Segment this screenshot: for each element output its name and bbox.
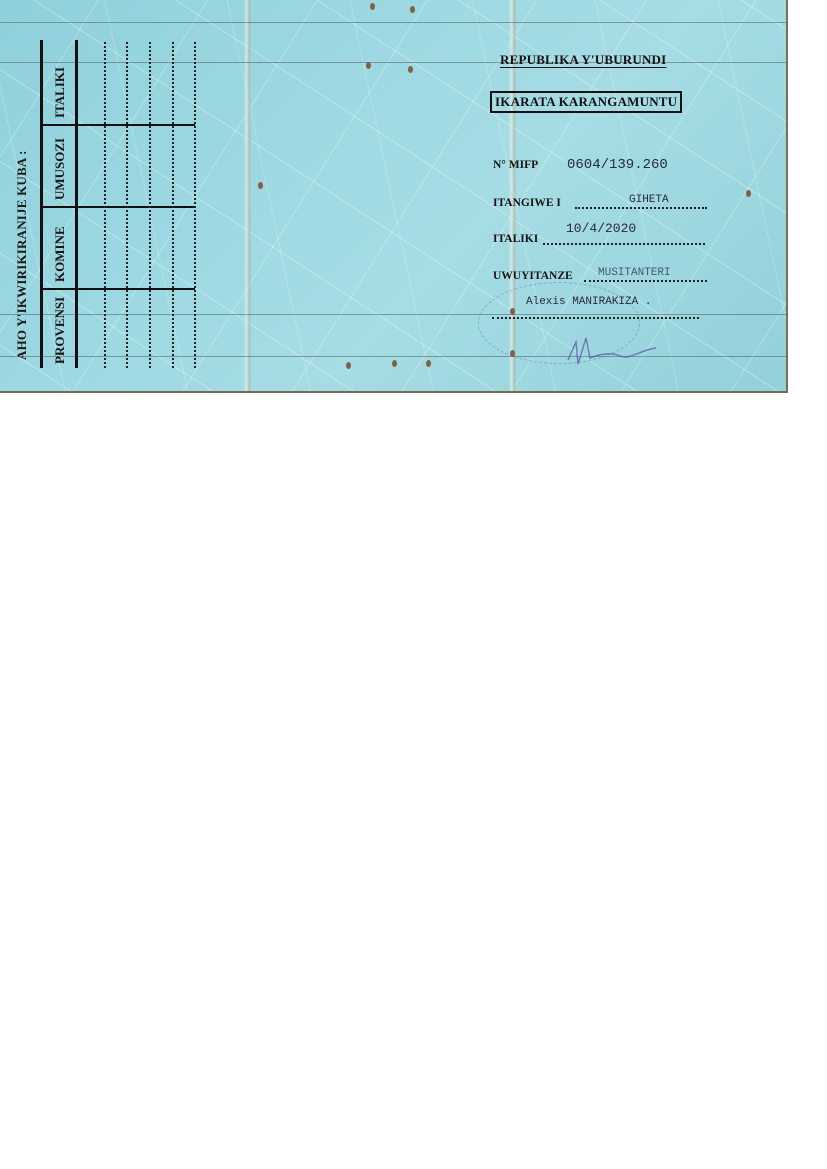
itangiwe-value: GIHETA — [629, 194, 669, 206]
rust-spot — [426, 360, 431, 367]
dotted-entry-line — [172, 42, 174, 368]
id-card: AHO Y'IKWIRIKIRANIJE KUBA : PROVENSI KOM… — [0, 0, 788, 393]
column-header-provensi: PROVENSI — [52, 297, 68, 364]
dotted-line — [584, 280, 707, 282]
rust-spot — [258, 182, 263, 189]
itangiwe-label: ITANGIWE I — [493, 197, 561, 209]
country-heading: REPUBLIKA Y'UBURUNDI — [500, 52, 666, 68]
column-header-italiki: ITALIKI — [52, 67, 68, 118]
rust-spot — [410, 6, 415, 13]
italiki-value: 10/4/2020 — [566, 221, 636, 236]
rust-spot — [392, 360, 397, 367]
italiki-label: ITALIKI — [493, 233, 538, 245]
mifp-value: 0604/139.260 — [567, 157, 668, 173]
horizontal-fold-line — [0, 22, 786, 23]
uwuyitanze-label: UWUYITANZE — [493, 270, 573, 282]
rust-spot — [370, 3, 375, 10]
rust-spot — [746, 190, 751, 197]
left-panel-title: AHO Y'IKWIRIKIRANIJE KUBA : — [14, 150, 30, 360]
column-header-umusozi: UMUSOZI — [52, 138, 68, 200]
dotted-entry-line — [194, 42, 196, 368]
dotted-line — [575, 207, 707, 209]
table-border-line — [40, 40, 43, 368]
column-header-komine: KOMINE — [52, 226, 68, 282]
table-border-line — [75, 40, 78, 368]
signature — [560, 330, 670, 370]
rust-spot — [408, 66, 413, 73]
vertical-fold-line — [244, 0, 252, 391]
dotted-entry-line — [126, 42, 128, 368]
dotted-line — [543, 243, 705, 245]
rust-spot — [346, 362, 351, 369]
card-title: IKARATA KARANGAMUNTU — [490, 91, 682, 113]
uwuyitanze-value: MUSITANTERI — [598, 267, 671, 279]
mifp-label: N° MIFP — [493, 159, 538, 171]
dotted-entry-line — [149, 42, 151, 368]
horizontal-fold-line — [0, 314, 786, 315]
rust-spot — [366, 62, 371, 69]
horizontal-fold-line — [0, 62, 786, 63]
dotted-entry-line — [104, 42, 106, 368]
